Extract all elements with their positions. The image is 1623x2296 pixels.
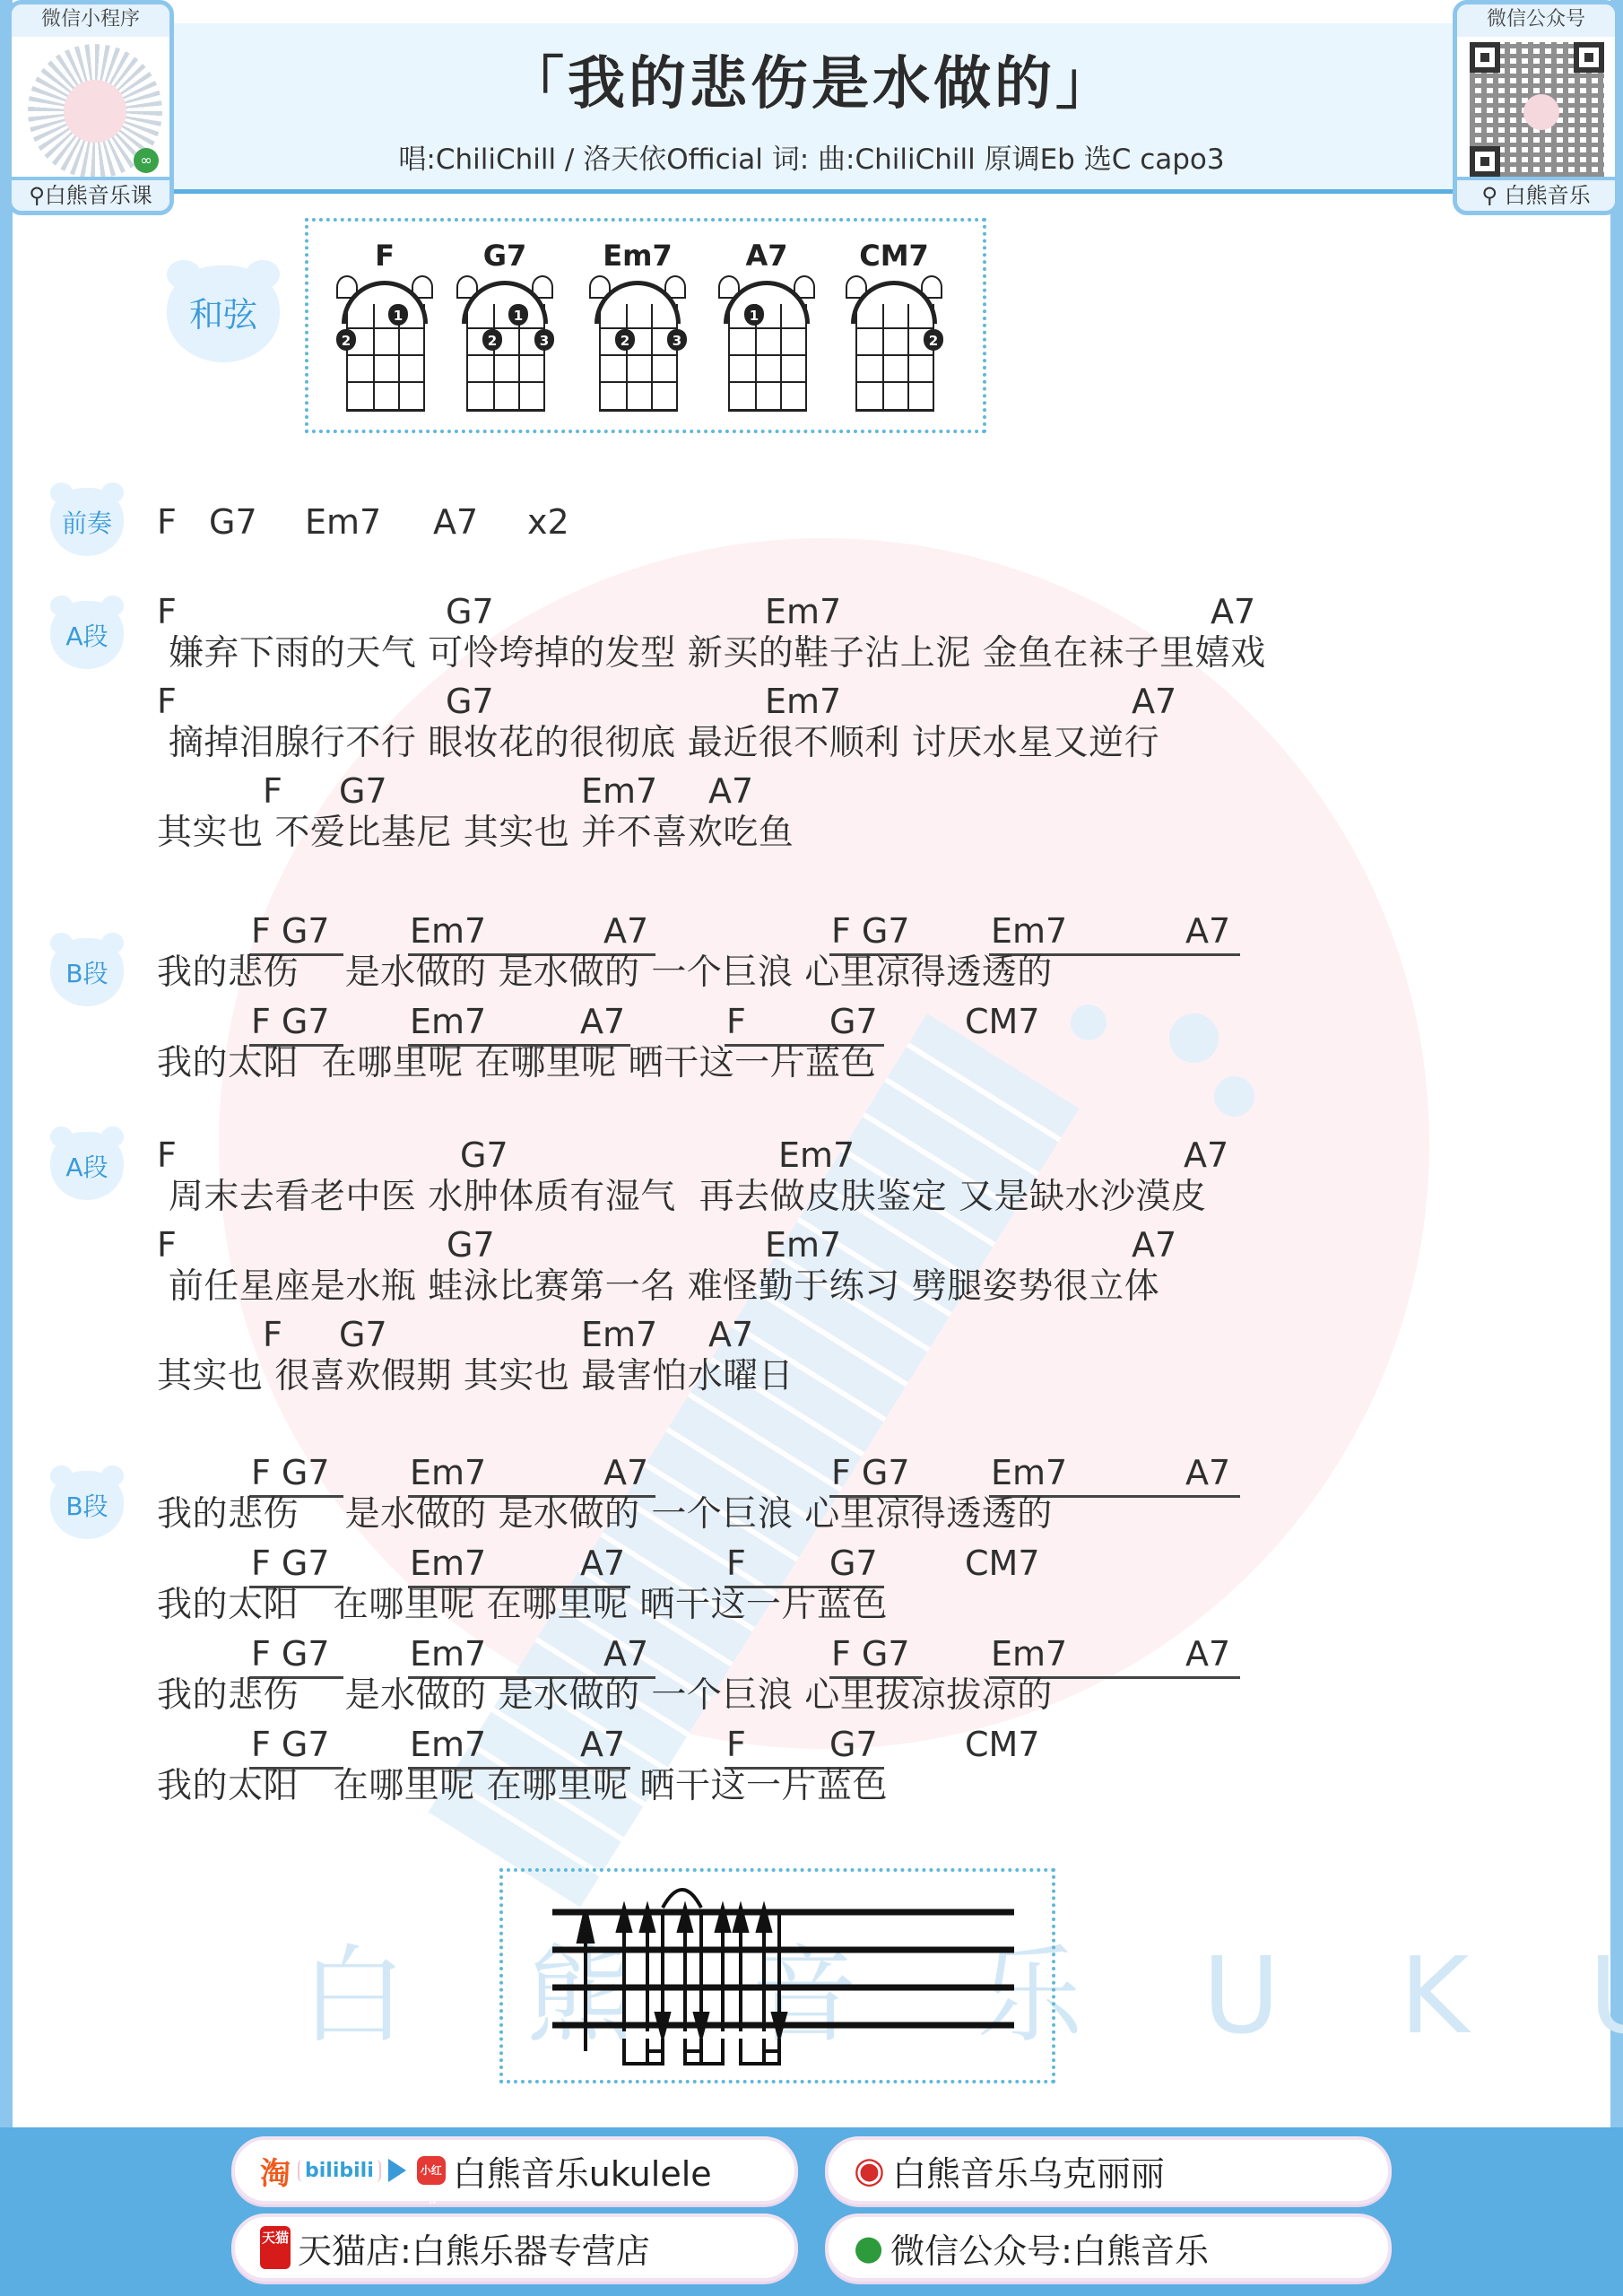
fretboard-icon: 1 bbox=[722, 277, 811, 412]
chord-label: A7 bbox=[603, 1634, 648, 1674]
section-badge: A段 bbox=[50, 601, 124, 669]
chord-name: G7 bbox=[456, 239, 554, 272]
chord-label: A7 bbox=[1132, 1225, 1176, 1265]
finger-dot: 1 bbox=[744, 304, 764, 326]
chord-label: F bbox=[263, 1315, 282, 1354]
chord-diagram: F21 bbox=[335, 239, 434, 412]
xiaohongshu-icon: 小红书 bbox=[417, 2156, 446, 2185]
search-icon: ⚲ bbox=[1481, 183, 1504, 208]
chord-label: F G7 bbox=[831, 1634, 910, 1674]
chord-label: A7 bbox=[1132, 682, 1176, 721]
chord-label: F bbox=[157, 592, 177, 631]
qr-bottom-label: ⚲ 白熊音乐 bbox=[1457, 177, 1615, 211]
chord-label: Em7 bbox=[581, 771, 657, 811]
intro-chord: G7 bbox=[209, 502, 257, 542]
watermark-dot bbox=[1214, 1076, 1254, 1117]
bilibili-icon: bilibili bbox=[298, 2160, 381, 2182]
chord-label: A7 bbox=[1211, 592, 1255, 631]
chord-label: Em7 bbox=[410, 1453, 486, 1492]
chord-label: A7 bbox=[603, 1453, 648, 1492]
chord-label: F G7 bbox=[251, 1634, 330, 1674]
lyric-line: 周末去看老中医 水肿体质有湿气 再去做皮肤鉴定 又是缺水沙漠皮 bbox=[157, 1177, 1207, 1218]
chord-label: G7 bbox=[829, 1725, 878, 1764]
chord-label: F bbox=[726, 1725, 746, 1764]
section-badge: B段 bbox=[50, 938, 124, 1006]
chords-badge: 和弦 bbox=[167, 265, 280, 362]
chord-label: F G7 bbox=[831, 1453, 910, 1492]
finger-dot: 2 bbox=[336, 329, 356, 351]
chord-label: G7 bbox=[446, 592, 494, 631]
chord-label: Em7 bbox=[410, 1002, 486, 1041]
wechat-icon: ● bbox=[854, 2228, 883, 2267]
chord-label: A7 bbox=[1185, 911, 1230, 951]
chord-diagram: A71 bbox=[717, 239, 816, 412]
chord-label: A7 bbox=[580, 1002, 625, 1041]
chord-label: F bbox=[726, 1002, 746, 1041]
lyric-line: 其实也 不爱比基尼 其实也 并不喜欢吃鱼 bbox=[157, 813, 794, 854]
lyric-line: 我的太阳 在哪里呢 在哪里呢 晒干这一片蓝色 bbox=[157, 1766, 888, 1807]
chord-label: A7 bbox=[1184, 1135, 1228, 1175]
chord-label: F bbox=[157, 682, 177, 721]
tmall-icon: 天猫 bbox=[260, 2226, 291, 2269]
intro-chord: A7 bbox=[433, 502, 478, 542]
chord-label: Em7 bbox=[778, 1135, 855, 1175]
chord-label: Em7 bbox=[410, 1725, 486, 1764]
chord-label: Em7 bbox=[765, 682, 841, 721]
chord-label: A7 bbox=[708, 771, 753, 811]
search-icon: ⚲ bbox=[29, 183, 45, 208]
watermark-dot bbox=[1071, 1004, 1107, 1040]
intro-chord: F bbox=[157, 502, 177, 542]
chord-label: G7 bbox=[460, 1135, 508, 1175]
right-frame bbox=[1610, 0, 1623, 2127]
chord-name: A7 bbox=[717, 239, 816, 272]
chord-diagram: Em723 bbox=[588, 239, 687, 412]
chord-label: Em7 bbox=[765, 1225, 841, 1265]
chord-label: F G7 bbox=[251, 911, 330, 951]
chord-label: F G7 bbox=[831, 911, 910, 951]
lyric-line: 摘掉泪腺行不行 眼妆花的很彻底 最近很不顺利 讨厌水星又逆行 bbox=[157, 723, 1159, 764]
chord-label: F bbox=[263, 771, 282, 811]
social-link-weibo[interactable]: ◉ 白熊音乐乌克丽丽 bbox=[825, 2136, 1392, 2205]
finger-dot: 2 bbox=[482, 329, 502, 351]
chord-label: F G7 bbox=[251, 1002, 330, 1041]
chord-label: Em7 bbox=[410, 1544, 486, 1583]
strum-pattern-diagram bbox=[503, 1872, 1052, 2080]
fretboard-icon: 213 bbox=[460, 277, 550, 412]
chord-label: F G7 bbox=[251, 1453, 330, 1492]
chord-diagrams-box: F21G7213Em723A71CM72 bbox=[305, 218, 986, 433]
weibo-icon: ◉ bbox=[854, 2150, 885, 2191]
lyric-line: 嫌弃下雨的天气 可怜垮掉的发型 新买的鞋子沾上泥 金鱼在袜子里嬉戏 bbox=[157, 633, 1266, 674]
lyric-line: 我的太阳 在哪里呢 在哪里呢 晒干这一片蓝色 bbox=[157, 1043, 876, 1084]
chord-label: F bbox=[726, 1544, 746, 1583]
chord-name: CM7 bbox=[845, 239, 943, 272]
qr-bottom-label: ⚲白熊音乐课 bbox=[12, 177, 169, 211]
chord-label: G7 bbox=[446, 682, 494, 721]
chord-label: G7 bbox=[339, 1315, 387, 1354]
fretboard-icon: 2 bbox=[849, 277, 939, 412]
chord-label: CM7 bbox=[965, 1544, 1040, 1583]
left-frame bbox=[0, 0, 13, 2127]
chord-label: A7 bbox=[603, 911, 648, 951]
chord-label: Em7 bbox=[581, 1315, 657, 1354]
lyric-line: 我的悲伤 是水做的 是水做的 一个巨浪 心里拔凉拔凉的 bbox=[157, 1675, 1053, 1717]
lyric-line: 我的悲伤 是水做的 是水做的 一个巨浪 心里凉得透透的 bbox=[157, 1494, 1053, 1535]
social-link-tmall[interactable]: 天猫 天猫店:白熊乐器专营店 bbox=[231, 2213, 798, 2282]
chord-label: F bbox=[157, 1135, 177, 1175]
lyric-line: 我的悲伤 是水做的 是水做的 一个巨浪 心里凉得透透的 bbox=[157, 952, 1053, 994]
section-badge: B段 bbox=[50, 1471, 124, 1539]
social-link-label: 白熊音乐乌克丽丽 bbox=[892, 2146, 1165, 2196]
chord-label: CM7 bbox=[965, 1725, 1040, 1764]
social-link-label: 白熊音乐ukulele bbox=[453, 2146, 712, 2196]
chord-label: F bbox=[157, 1225, 177, 1265]
chord-label: G7 bbox=[447, 1225, 495, 1265]
chord-label: F G7 bbox=[251, 1544, 330, 1583]
song-title: 「我的悲伤是水做的」 bbox=[0, 38, 1623, 120]
chord-label: Em7 bbox=[991, 1453, 1067, 1492]
chord-label: CM7 bbox=[965, 1002, 1040, 1041]
chord-label: A7 bbox=[1185, 1634, 1230, 1674]
section-badge: A段 bbox=[50, 1132, 124, 1200]
chord-label: F G7 bbox=[251, 1725, 330, 1764]
lyric-line: 前任星座是水瓶 蛙泳比赛第一名 难怪勤于练习 劈腿姿势很立体 bbox=[157, 1266, 1159, 1308]
social-link-wechat[interactable]: ● 微信公众号:白熊音乐 bbox=[825, 2213, 1392, 2282]
chord-label: G7 bbox=[339, 771, 387, 811]
chord-label: Em7 bbox=[991, 1634, 1067, 1674]
social-link-label: 天猫店:白熊乐器专营店 bbox=[298, 2223, 650, 2273]
intro-badge: 前奏 bbox=[50, 488, 124, 556]
chord-label: A7 bbox=[1185, 1453, 1230, 1492]
chord-label: Em7 bbox=[410, 1634, 486, 1674]
chord-label: G7 bbox=[829, 1544, 878, 1583]
chord-label: Em7 bbox=[991, 911, 1067, 951]
finger-dot: 3 bbox=[534, 329, 554, 351]
finger-dot: 1 bbox=[388, 304, 408, 326]
social-link-ukulele[interactable]: 淘 bilibili 小红书 白熊音乐ukulele bbox=[231, 2136, 798, 2205]
fretboard-icon: 23 bbox=[593, 277, 682, 412]
social-link-label: 微信公众号:白熊音乐 bbox=[890, 2223, 1209, 2273]
song-credits: 唱:ChiliChill / 洛天依Official 词: 曲:ChiliChi… bbox=[0, 136, 1623, 177]
intro-chord: x2 bbox=[527, 502, 569, 542]
intro-chord: Em7 bbox=[305, 502, 381, 542]
lyric-line: 我的太阳 在哪里呢 在哪里呢 晒干这一片蓝色 bbox=[157, 1585, 888, 1626]
chord-label: A7 bbox=[580, 1725, 625, 1764]
chord-name: Em7 bbox=[588, 239, 687, 272]
chord-label: A7 bbox=[708, 1315, 753, 1354]
qr-top-label: 微信公众号 bbox=[1457, 4, 1615, 37]
fretboard-icon: 21 bbox=[340, 277, 430, 412]
chord-name: F bbox=[335, 239, 434, 272]
watermark-dot bbox=[1169, 1013, 1219, 1063]
chord-label: G7 bbox=[829, 1002, 878, 1041]
chord-label: Em7 bbox=[765, 592, 841, 631]
finger-dot: 2 bbox=[615, 329, 635, 351]
chord-diagram: G7213 bbox=[456, 239, 554, 412]
finger-dot: 3 bbox=[667, 329, 687, 351]
lyric-line: 其实也 很喜欢假期 其实也 最害怕水曜日 bbox=[157, 1356, 794, 1397]
qr-top-label: 微信小程序 bbox=[12, 4, 169, 37]
video-icon bbox=[388, 2159, 406, 2182]
chord-label: A7 bbox=[580, 1544, 625, 1583]
chord-diagram: CM72 bbox=[845, 239, 943, 412]
taobao-icon: 淘 bbox=[260, 2149, 291, 2193]
finger-dot: 1 bbox=[508, 304, 528, 326]
chord-label: Em7 bbox=[410, 911, 486, 951]
finger-dot: 2 bbox=[924, 329, 943, 351]
strum-pattern-box bbox=[499, 1868, 1055, 2083]
